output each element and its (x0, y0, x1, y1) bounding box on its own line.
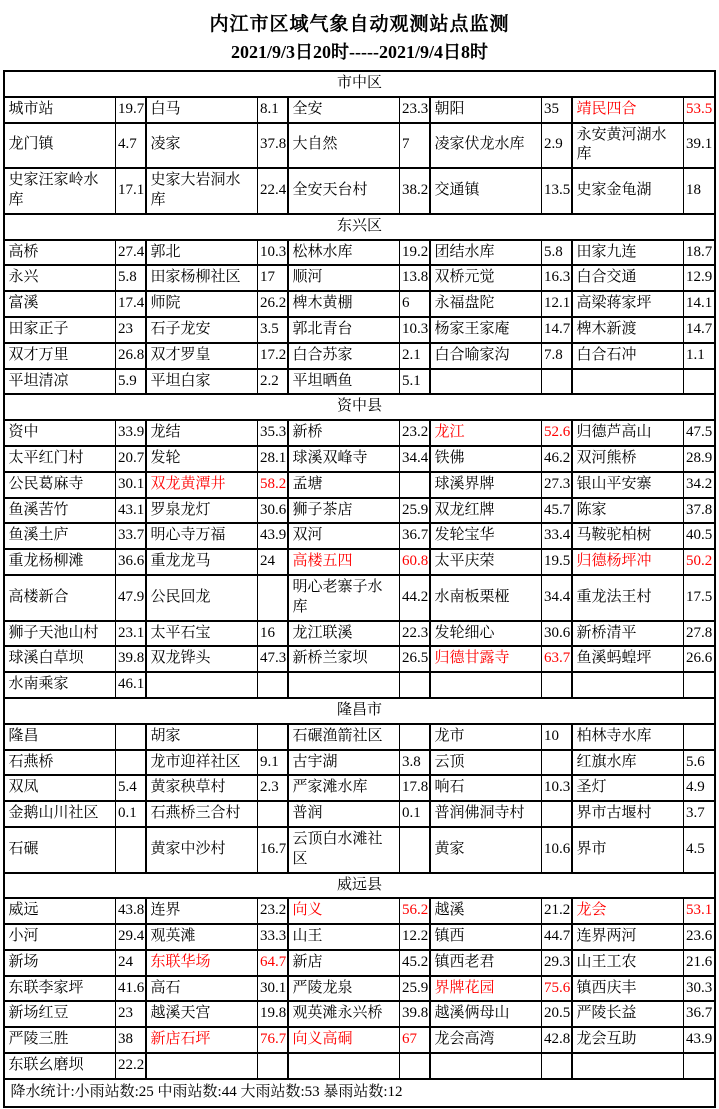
station-row: 双才万里26.8双才罗皇17.2白合苏家2.1白合喻家沟7.8白合石冲1.1 (4, 343, 714, 369)
station-value (115, 827, 146, 873)
station-value (257, 672, 288, 698)
station-name: 小河 (4, 924, 115, 950)
station-name: 高桥 (4, 240, 115, 266)
section-header-row-longchangshi: 隆昌市 (4, 698, 714, 724)
station-name: 山王工农 (572, 950, 683, 976)
station-value: 12.2 (399, 924, 430, 950)
station-row: 隆昌胡家石碾渔箭社区龙市10柏林寺水库 (4, 724, 714, 750)
station-name: 铁佛 (430, 446, 541, 472)
station-value: 56.2 (399, 898, 430, 924)
station-row: 严陵三胜38新店石坪76.7向义高硐67龙会高湾42.8龙会互助43.9 (4, 1027, 714, 1053)
station-name: 城市站 (4, 97, 115, 123)
station-name: 球溪界牌 (430, 472, 541, 498)
station-value: 63.7 (541, 646, 572, 672)
station-value: 26.5 (399, 646, 430, 672)
station-row: 永兴5.8田家杨柳社区17顺河13.8双桥元觉16.3白合交通12.9 (4, 265, 714, 291)
station-value: 25.9 (399, 498, 430, 524)
station-row: 球溪白草坝39.8双龙铧头47.3新桥兰家坝26.5归德甘露寺63.7鱼溪蚂蝗坪… (4, 646, 714, 672)
station-value: 5.8 (541, 240, 572, 266)
station-name: 白合交通 (572, 265, 683, 291)
station-name: 狮子茶店 (288, 498, 399, 524)
station-value: 47.3 (257, 646, 288, 672)
station-name: 双才罗皇 (146, 343, 257, 369)
station-value: 29.4 (115, 924, 146, 950)
station-value (115, 724, 146, 750)
station-value: 30.1 (257, 976, 288, 1002)
station-name: 严陵三胜 (4, 1027, 115, 1053)
station-row: 新场24东联华场64.7新店45.2镇西老君29.3山王工农21.6 (4, 950, 714, 976)
station-name: 双河 (288, 523, 399, 549)
station-value: 76.7 (257, 1027, 288, 1053)
station-name: 朝阳 (430, 97, 541, 123)
station-value: 53.5 (683, 97, 714, 123)
station-value: 20.7 (115, 446, 146, 472)
station-name: 田家杨柳社区 (146, 265, 257, 291)
station-name: 连界 (146, 898, 257, 924)
station-name: 普润佛洞寺村 (430, 801, 541, 827)
station-value: 5.8 (115, 265, 146, 291)
station-name: 归德杨坪冲 (572, 549, 683, 575)
station-name: 太平庆荣 (430, 549, 541, 575)
station-value: 18 (683, 168, 714, 214)
station-value: 17.4 (115, 291, 146, 317)
station-name: 龙江联溪 (288, 621, 399, 647)
station-name: 师院 (146, 291, 257, 317)
section-header-shizhongqu: 市中区 (4, 71, 714, 97)
station-name: 高楼新合 (4, 575, 115, 621)
station-name: 发轮 (146, 446, 257, 472)
station-name: 平坦清凉 (4, 369, 115, 395)
station-row: 平坦清凉5.9平坦白家2.2平坦晒鱼5.1 (4, 369, 714, 395)
station-value (399, 672, 430, 698)
station-name: 发轮宝华 (430, 523, 541, 549)
station-value: 10.3 (399, 317, 430, 343)
station-name: 狮子天池山村 (4, 621, 115, 647)
station-value: 16.7 (257, 827, 288, 873)
station-name: 云顶白水滩社区 (288, 827, 399, 873)
station-value: 13.5 (541, 168, 572, 214)
station-value: 2.1 (399, 343, 430, 369)
station-value: 17.5 (683, 575, 714, 621)
station-name: 威远 (4, 898, 115, 924)
station-name: 金鹅山川社区 (4, 801, 115, 827)
station-name: 越溪俩母山 (430, 1001, 541, 1027)
section-header-row-weiyuanxian: 威远县 (4, 873, 714, 899)
station-name: 石子龙安 (146, 317, 257, 343)
station-row: 新场红豆23越溪天宫19.8观英滩永兴桥39.8越溪俩母山20.5严陵长益36.… (4, 1001, 714, 1027)
station-value: 21.6 (683, 950, 714, 976)
station-name: 胡家 (146, 724, 257, 750)
station-value (683, 672, 714, 698)
station-row: 重龙杨柳滩36.6重龙龙马24高楼五四60.8太平庆荣19.5归德杨坪冲50.2 (4, 549, 714, 575)
station-name: 龙会 (572, 898, 683, 924)
station-name (146, 672, 257, 698)
station-name: 界市古堰村 (572, 801, 683, 827)
section-header-row-dongxingqu: 东兴区 (4, 214, 714, 240)
station-name: 太平红门村 (4, 446, 115, 472)
station-name: 龙江 (430, 420, 541, 446)
station-name: 新桥清平 (572, 621, 683, 647)
station-name (572, 369, 683, 395)
station-name: 新桥兰家坝 (288, 646, 399, 672)
station-name: 双桥元觉 (430, 265, 541, 291)
station-value (541, 750, 572, 776)
station-value: 23 (115, 1001, 146, 1027)
station-name: 越溪 (430, 898, 541, 924)
station-name: 双龙铧头 (146, 646, 257, 672)
station-name (146, 1053, 257, 1079)
station-value (399, 724, 430, 750)
station-name: 田家正子 (4, 317, 115, 343)
station-value: 2.2 (257, 369, 288, 395)
station-name: 水南乘家 (4, 672, 115, 698)
station-value: 39.8 (115, 646, 146, 672)
station-value: 33.4 (541, 523, 572, 549)
station-value: 38.2 (399, 168, 430, 214)
station-name: 镇西庆丰 (572, 976, 683, 1002)
station-value: 43.8 (115, 898, 146, 924)
station-name: 高石 (146, 976, 257, 1002)
station-value: 19.5 (541, 549, 572, 575)
station-name: 重龙龙马 (146, 549, 257, 575)
station-name: 郭北青台 (288, 317, 399, 343)
station-value: 0.1 (399, 801, 430, 827)
station-value: 4.7 (115, 123, 146, 169)
station-value: 43.1 (115, 498, 146, 524)
station-name: 向义高硐 (288, 1027, 399, 1053)
station-row: 石碾黄家中沙村16.7云顶白水滩社区黄家10.6界市4.5 (4, 827, 714, 873)
station-value: 24 (257, 549, 288, 575)
station-name: 柏林寺水库 (572, 724, 683, 750)
station-name: 新场红豆 (4, 1001, 115, 1027)
station-value: 14.1 (683, 291, 714, 317)
station-value: 16 (257, 621, 288, 647)
station-value: 13.8 (399, 265, 430, 291)
station-row: 狮子天池山村23.1太平石宝16龙江联溪22.3发轮细心30.6新桥清平27.8 (4, 621, 714, 647)
station-value: 47.5 (683, 420, 714, 446)
station-value (399, 827, 430, 873)
station-value: 17 (257, 265, 288, 291)
station-name: 红旗水库 (572, 750, 683, 776)
station-name (288, 1053, 399, 1079)
section-header-zizhongxian: 资中县 (4, 394, 714, 420)
station-row: 高楼新合47.9公民回龙明心老寨子水库44.2水南板栗桠34.4重龙法王村17.… (4, 575, 714, 621)
station-name (430, 369, 541, 395)
station-name: 新店石坪 (146, 1027, 257, 1053)
station-name: 鱼溪苦竹 (4, 498, 115, 524)
station-name: 明心寺万福 (146, 523, 257, 549)
station-name: 椑木新渡 (572, 317, 683, 343)
precip-summary: 降水统计:小雨站数:25 中雨站数:44 大雨站数:53 暴雨站数:12 (4, 1079, 714, 1107)
station-value: 75.6 (541, 976, 572, 1002)
station-name: 石燕桥 (4, 750, 115, 776)
station-value: 44.7 (541, 924, 572, 950)
station-name (572, 672, 683, 698)
station-name: 隆昌 (4, 724, 115, 750)
station-value: 6 (399, 291, 430, 317)
station-name: 高楼五四 (288, 549, 399, 575)
station-row: 田家正子23石子龙安3.5郭北青台10.3杨家王家庵14.7椑木新渡14.7 (4, 317, 714, 343)
station-value: 40.5 (683, 523, 714, 549)
station-value: 18.7 (683, 240, 714, 266)
station-name: 高梁蒋家坪 (572, 291, 683, 317)
station-value: 3.7 (683, 801, 714, 827)
station-value: 30.6 (257, 498, 288, 524)
station-name: 重龙法王村 (572, 575, 683, 621)
station-value: 5.9 (115, 369, 146, 395)
station-value: 53.1 (683, 898, 714, 924)
station-value: 3.8 (399, 750, 430, 776)
station-value: 39.8 (399, 1001, 430, 1027)
station-name: 双龙黄潭井 (146, 472, 257, 498)
station-value: 27.3 (541, 472, 572, 498)
station-name: 杨家王家庵 (430, 317, 541, 343)
station-value: 46.2 (541, 446, 572, 472)
station-value: 19.2 (399, 240, 430, 266)
station-name: 发轮细心 (430, 621, 541, 647)
station-value (541, 1053, 572, 1079)
station-value: 34.4 (541, 575, 572, 621)
station-value: 43.9 (257, 523, 288, 549)
station-value: 35.3 (257, 420, 288, 446)
station-value: 23.1 (115, 621, 146, 647)
station-value: 3.5 (257, 317, 288, 343)
station-value: 23.3 (399, 97, 430, 123)
station-name: 普润 (288, 801, 399, 827)
station-name: 龙会高湾 (430, 1027, 541, 1053)
station-name: 平坦白家 (146, 369, 257, 395)
station-value: 46.1 (115, 672, 146, 698)
station-name: 大自然 (288, 123, 399, 169)
section-header-dongxingqu: 东兴区 (4, 214, 714, 240)
station-value: 5.1 (399, 369, 430, 395)
station-value: 45.7 (541, 498, 572, 524)
station-name: 水南板栗桠 (430, 575, 541, 621)
station-name: 黄家中沙村 (146, 827, 257, 873)
station-name: 新桥 (288, 420, 399, 446)
station-name: 镇西老君 (430, 950, 541, 976)
station-row: 史家汪家岭水库17.1史家大岩洞水库22.4全安天台村38.2交通镇13.5史家… (4, 168, 714, 214)
station-row: 石燕桥龙市迎祥社区9.1古宇湖3.8云顶红旗水库5.6 (4, 750, 714, 776)
station-name: 全安 (288, 97, 399, 123)
station-value: 36.6 (115, 549, 146, 575)
station-name: 全安天台村 (288, 168, 399, 214)
station-value: 10.3 (257, 240, 288, 266)
station-name (430, 672, 541, 698)
station-name: 镇西 (430, 924, 541, 950)
station-name: 凌家 (146, 123, 257, 169)
station-name: 严陵龙泉 (288, 976, 399, 1002)
page-title: 内江市区域气象自动观测站点监测 (0, 9, 719, 36)
station-value: 64.7 (257, 950, 288, 976)
station-name: 公民回龙 (146, 575, 257, 621)
station-value: 16.3 (541, 265, 572, 291)
station-name: 白合喻家沟 (430, 343, 541, 369)
station-name: 史家汪家岭水库 (4, 168, 115, 214)
station-name: 双凤 (4, 775, 115, 801)
station-value: 33.9 (115, 420, 146, 446)
station-value: 9.1 (257, 750, 288, 776)
station-name: 响石 (430, 775, 541, 801)
station-name: 东联华场 (146, 950, 257, 976)
station-name: 银山平安寨 (572, 472, 683, 498)
station-row: 水南乘家46.1 (4, 672, 714, 698)
station-value: 52.6 (541, 420, 572, 446)
rainfall-table: 市中区城市站19.7白马8.1全安23.3朝阳35靖民四合53.5龙门镇4.7凌… (3, 70, 715, 1108)
section-header-longchangshi: 隆昌市 (4, 698, 714, 724)
station-value (541, 672, 572, 698)
station-value: 33.3 (257, 924, 288, 950)
station-value: 14.7 (683, 317, 714, 343)
station-name: 严陵长益 (572, 1001, 683, 1027)
station-name: 明心老寨子水库 (288, 575, 399, 621)
station-name: 富溪 (4, 291, 115, 317)
station-row: 威远43.8连界23.2向义56.2越溪21.2龙会53.1 (4, 898, 714, 924)
station-value (257, 1053, 288, 1079)
station-name: 太平石宝 (146, 621, 257, 647)
station-value (683, 724, 714, 750)
station-value: 37.8 (257, 123, 288, 169)
station-value: 26.6 (683, 646, 714, 672)
station-value: 29.3 (541, 950, 572, 976)
station-row: 龙门镇4.7凌家37.8大自然7凌家伏龙水库2.9永安黄河湖水库39.1 (4, 123, 714, 169)
station-row: 金鹅山川社区0.1石燕桥三合村普润0.1普润佛洞寺村界市古堰村3.7 (4, 801, 714, 827)
station-row: 高桥27.4郭北10.3松林水库19.2团结水库5.8田家九连18.7 (4, 240, 714, 266)
station-value: 14.7 (541, 317, 572, 343)
station-name: 观英滩永兴桥 (288, 1001, 399, 1027)
station-name (430, 1053, 541, 1079)
station-value: 19.8 (257, 1001, 288, 1027)
station-name: 古宇湖 (288, 750, 399, 776)
station-name (572, 1053, 683, 1079)
section-header-weiyuanxian: 威远县 (4, 873, 714, 899)
station-value: 0.1 (115, 801, 146, 827)
station-row: 东联李家坪41.6高石30.1严陵龙泉25.9界牌花园75.6镇西庆丰30.3 (4, 976, 714, 1002)
station-value: 27.4 (115, 240, 146, 266)
station-value: 45.2 (399, 950, 430, 976)
station-value (257, 575, 288, 621)
station-name: 资中 (4, 420, 115, 446)
station-value: 5.4 (115, 775, 146, 801)
station-row: 城市站19.7白马8.1全安23.3朝阳35靖民四合53.5 (4, 97, 714, 123)
station-value: 26.2 (257, 291, 288, 317)
station-value: 10.3 (541, 775, 572, 801)
station-value: 20.5 (541, 1001, 572, 1027)
station-name (288, 672, 399, 698)
station-name: 界牌花园 (430, 976, 541, 1002)
station-value: 42.8 (541, 1027, 572, 1053)
station-name: 团结水库 (430, 240, 541, 266)
station-name: 罗泉龙灯 (146, 498, 257, 524)
station-name: 田家九连 (572, 240, 683, 266)
station-value (257, 724, 288, 750)
station-name: 平坦晒鱼 (288, 369, 399, 395)
station-value: 28.1 (257, 446, 288, 472)
station-name: 新店 (288, 950, 399, 976)
station-name: 顺河 (288, 265, 399, 291)
station-value: 35 (541, 97, 572, 123)
station-row: 公民葛麻寺30.1双龙黄潭井58.2孟塘球溪界牌27.3银山平安寨34.2 (4, 472, 714, 498)
station-name: 山王 (288, 924, 399, 950)
station-name: 双才万里 (4, 343, 115, 369)
station-name: 云顶 (430, 750, 541, 776)
station-value: 23.2 (257, 898, 288, 924)
station-name: 球溪双峰寺 (288, 446, 399, 472)
station-value: 24 (115, 950, 146, 976)
station-value: 17.2 (257, 343, 288, 369)
station-name: 球溪白草坝 (4, 646, 115, 672)
station-value: 36.7 (683, 1001, 714, 1027)
station-value (541, 801, 572, 827)
station-row: 鱼溪土庐33.7明心寺万福43.9双河36.7发轮宝华33.4马鞍驼柏树40.5 (4, 523, 714, 549)
station-name: 松林水库 (288, 240, 399, 266)
station-name: 马鞍驼柏树 (572, 523, 683, 549)
station-name: 龙门镇 (4, 123, 115, 169)
station-value: 43.9 (683, 1027, 714, 1053)
station-value: 27.8 (683, 621, 714, 647)
report-page: 内江市区域气象自动观测站点监测 2021/9/3日20时-----2021/9/… (0, 0, 719, 1109)
station-name: 严家滩水库 (288, 775, 399, 801)
station-name: 永安黄河湖水库 (572, 123, 683, 169)
station-name: 龙市 (430, 724, 541, 750)
station-value: 22.3 (399, 621, 430, 647)
station-name: 黄家秧草村 (146, 775, 257, 801)
station-value: 30.3 (683, 976, 714, 1002)
station-name: 连界两河 (572, 924, 683, 950)
station-value: 34.4 (399, 446, 430, 472)
date-range: 2021/9/3日20时-----2021/9/4日8时 (0, 38, 719, 64)
station-name: 观英滩 (146, 924, 257, 950)
station-value: 7 (399, 123, 430, 169)
station-row: 双凤5.4黄家秧草村2.3严家滩水库17.8响石10.3圣灯4.9 (4, 775, 714, 801)
station-name: 界市 (572, 827, 683, 873)
station-name: 公民葛麻寺 (4, 472, 115, 498)
station-name: 归德甘露寺 (430, 646, 541, 672)
station-value: 36.7 (399, 523, 430, 549)
station-value: 4.5 (683, 827, 714, 873)
station-value (541, 369, 572, 395)
station-name: 史家大岩洞水库 (146, 168, 257, 214)
station-name: 双河熊桥 (572, 446, 683, 472)
station-name: 椑木黄棚 (288, 291, 399, 317)
station-value: 39.1 (683, 123, 714, 169)
station-name: 鱼溪蚂蝗坪 (572, 646, 683, 672)
station-value: 47.9 (115, 575, 146, 621)
station-value: 30.6 (541, 621, 572, 647)
section-header-row-zizhongxian: 资中县 (4, 394, 714, 420)
station-name: 白合苏家 (288, 343, 399, 369)
station-name: 龙市迎祥社区 (146, 750, 257, 776)
station-name: 龙结 (146, 420, 257, 446)
station-value: 12.1 (541, 291, 572, 317)
station-row: 东联幺磨坝22.2 (4, 1053, 714, 1079)
station-name: 史家金龟湖 (572, 168, 683, 214)
station-name: 永兴 (4, 265, 115, 291)
station-value: 50.2 (683, 549, 714, 575)
station-value: 5.6 (683, 750, 714, 776)
station-value: 28.9 (683, 446, 714, 472)
station-value (115, 750, 146, 776)
station-name: 白马 (146, 97, 257, 123)
station-name: 郭北 (146, 240, 257, 266)
station-value: 22.2 (115, 1053, 146, 1079)
section-header-row-shizhongqu: 市中区 (4, 71, 714, 97)
station-value: 60.8 (399, 549, 430, 575)
station-value: 33.7 (115, 523, 146, 549)
station-value: 44.2 (399, 575, 430, 621)
station-value: 38 (115, 1027, 146, 1053)
station-value: 22.4 (257, 168, 288, 214)
